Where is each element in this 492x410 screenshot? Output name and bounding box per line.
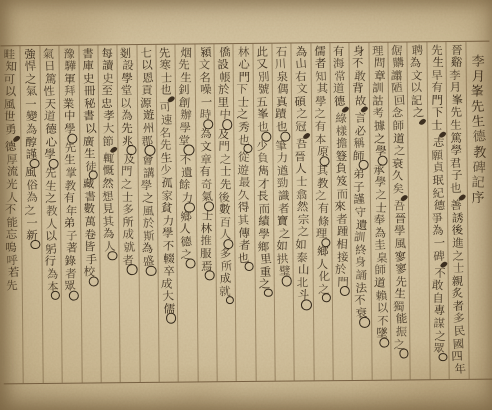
pause-dot-mark [419, 118, 427, 126]
calligraphy-character: 寥 [392, 262, 410, 275]
calligraphy-character: 新 [23, 229, 42, 242]
calligraphy-character: 為 [43, 268, 61, 281]
calligraphy-character: 眾 [429, 342, 448, 356]
calligraphy-character: 碑 [467, 160, 490, 175]
text-column-8: 儒者知其學之有本原其教之有條理鄉人化之 [310, 43, 333, 380]
calligraphy-character: 也 [234, 251, 253, 265]
calligraphy-character: 故 [352, 94, 371, 107]
calligraphy-character: 萬 [80, 215, 99, 228]
text-column-17: 七以恩貢源遊州郡會講學之風於斯為盛 [136, 44, 159, 381]
calligraphy-character: 德 [41, 123, 60, 136]
calligraphy-character: 謹 [23, 148, 42, 161]
calligraphy-character: 弟 [350, 168, 368, 181]
text-column-15: 烟先生釗創辦學堂不遺餘力鄉人德之 [175, 44, 198, 381]
calligraphy-character: 庫 [79, 60, 97, 73]
text-column-24: 畦知可以風世勇德厚流光人不能忘嗚呼若先 [1, 46, 24, 383]
calligraphy-character: 風 [391, 237, 409, 250]
calligraphy-character: 堂 [175, 133, 194, 147]
calligraphy-character: 之 [177, 248, 196, 262]
calligraphy-character: 序 [466, 190, 490, 207]
calligraphy-character: 郡 [137, 134, 156, 148]
text-column-22: 氣日篤性天道德心學先生之教人以躬行為本 [39, 45, 62, 382]
calligraphy-character: 斗 [294, 288, 313, 301]
calligraphy-character: 本 [43, 280, 61, 293]
calligraphy-character: 嗚 [1, 241, 20, 254]
calligraphy-character: 李 [466, 54, 490, 70]
calligraphy-character: 冠 [292, 120, 311, 133]
text-column-4: 倨購譾陋回念師道之衰久矣吾晉學風寥寥先生獨能振之 [388, 42, 411, 379]
calligraphy-character: 吾 [390, 200, 409, 213]
calligraphy-character: 人 [216, 229, 234, 242]
calligraphy-character: 之 [118, 178, 137, 191]
calligraphy-character: 學 [60, 122, 79, 136]
text-column-16: 先寒士也可速名先生少孤家貧力學不輟卒成大儒 [155, 44, 178, 381]
calligraphy-character: 氣 [197, 190, 216, 204]
text-column-18: 剗設學堂以為先兆及門之士多所成就者 [117, 45, 140, 382]
calligraphy-character: 先 [2, 278, 22, 292]
calligraphy-character: 進 [449, 237, 468, 250]
text-column-1: 晉谿李月峯先生篤學君子也善誘後進之士親炙者多民國四年 [446, 41, 469, 378]
calligraphy-character: 文 [196, 140, 215, 154]
calligraphy-character: 笈 [333, 175, 352, 188]
calligraphy-character: 人 [100, 240, 119, 254]
calligraphy-character: 之 [371, 188, 390, 202]
manuscript-sheet: 李月峯先生德教碑記序晉谿李月峯先生篤學君子也善誘後進之士親炙者多民國四年先生早有… [0, 0, 492, 410]
calligraphy-character: 士 [293, 175, 311, 188]
calligraphy-character: 如 [292, 238, 311, 251]
calligraphy-character: 也 [235, 133, 254, 147]
calligraphy-character: 焉 [197, 260, 215, 273]
calligraphy-character: 儒 [160, 302, 178, 315]
calligraphy-character: 盛 [138, 254, 157, 268]
calligraphy-character: 校 [79, 265, 98, 278]
calligraphy-character: 為 [407, 56, 425, 69]
calligraphy-character: 鄉 [313, 245, 332, 258]
calligraphy-character: 中 [216, 108, 235, 122]
calligraphy-character: 記 [466, 175, 490, 192]
calligraphy-character: 衰 [352, 306, 371, 320]
calligraphy-character: 教 [42, 205, 60, 218]
calligraphy-character: 服 [196, 247, 214, 260]
calligraphy-character: 就 [216, 285, 235, 298]
text-column-19: 每讀史至忠孝大節輒慨然想見其為人 [97, 45, 120, 382]
calligraphy-character: 年 [451, 362, 468, 376]
calligraphy-character: 師 [350, 149, 369, 162]
text-column-11: 此又別號五峯也少負雋才長而績學鄉里重之 [252, 43, 275, 380]
calligraphy-character: 矣 [389, 182, 408, 195]
calligraphy-character: 時 [196, 108, 215, 122]
calligraphy-character: 之 [409, 106, 428, 120]
calligraphy-character: 山 [295, 263, 313, 276]
calligraphy-character: 先 [118, 122, 137, 135]
calligraphy-character: 璧 [275, 265, 294, 278]
calligraphy-character: 也 [272, 121, 291, 134]
calligraphy-character: 學 [40, 148, 59, 162]
calligraphy-character: 理 [312, 227, 331, 240]
calligraphy-character: 學 [371, 144, 390, 158]
calligraphy-character: 者 [119, 254, 137, 267]
text-column-5: 理問章訓詁考據之學承學之士奉為圭臬師道賴以不墜 [368, 42, 391, 379]
calligraphy-character: 眾 [61, 279, 80, 293]
text-column-3: 聘為文以記之 [407, 42, 430, 379]
text-column-2: 先生早有門下士志願貞珉紀德爭為一碑不敢自專謀之眾 [426, 42, 449, 379]
text-column-14: 潁文名噪一時為文章有奇氣士林推服焉 [194, 44, 217, 381]
calligraphy-character: 有 [311, 120, 330, 133]
title-column: 李月峯先生德教碑記序 [465, 41, 492, 378]
calligraphy-character: 有 [314, 202, 333, 216]
manuscript-photo: 李月峯先生德教碑記序晉谿李月峯先生篤學君子也善誘後進之士親炙者多民國四年先生早有… [0, 0, 492, 410]
calligraphy-character: 然 [98, 177, 117, 191]
calligraphy-character: 峯 [465, 84, 489, 101]
text-column-13: 僑設帳於里中及門之士先後數百人多所成就 [213, 44, 236, 381]
calligraphy-character: 者 [311, 57, 329, 70]
calligraphy-character: 識 [274, 189, 293, 202]
calligraphy-character: 不 [349, 57, 367, 70]
text-column-12: 林心門下士之秀也從遊最久得其傳者也 [233, 43, 256, 380]
text-column-20: 書庫史冊秘書以廣生徒藏書數萬卷皆手校 [78, 45, 101, 382]
calligraphy-character: 原 [313, 145, 332, 159]
calligraphy-character: 其 [313, 164, 331, 177]
text-column-23: 強悍之氣一變為醇謹風俗為之一新 [20, 45, 43, 382]
calligraphy-character: 月 [466, 69, 489, 85]
text-column-6: 身不敢背故言必稱師弟子謹守遺訓終身誦法不衰 [349, 42, 372, 379]
calligraphy-character: 師 [389, 119, 408, 132]
calligraphy-character: 雋 [254, 165, 272, 178]
text-column-10: 石川泉偶真蹟也筆力遒勁識者寶之如拱璧 [271, 43, 294, 380]
calligraphy-character: 也 [156, 84, 175, 97]
calligraphy-character: 力 [178, 191, 197, 204]
calligraphy-character: 學 [255, 228, 273, 241]
calligraphy-character: 德 [467, 129, 491, 146]
calligraphy-character: 也 [254, 121, 273, 134]
text-column-21: 豫驊軍拜業中學先生掌教有年弟子著錄者眾 [59, 45, 82, 382]
calligraphy-character: 兆 [118, 134, 137, 147]
text-column-7: 有海常道德綠樣擔簦負笈而來者踵相接於門 [329, 43, 352, 380]
calligraphy-character: 教 [467, 145, 491, 161]
calligraphy-character: 不 [159, 239, 178, 252]
calligraphy-character: 生 [447, 119, 466, 132]
calligraphy-character: 門 [334, 275, 352, 288]
calligraphy-character: 也 [447, 182, 466, 195]
text-column-9: 為山右文碩之冠吾晉人士翕然宗之如泰山北斗 [291, 43, 314, 380]
calligraphy-character: 之 [390, 338, 409, 351]
calligraphy-character: 徒 [81, 160, 100, 173]
calligraphy-character: 之 [255, 278, 274, 291]
calligraphy-character: 士 [427, 119, 446, 132]
calligraphy-character: 之 [314, 283, 333, 296]
calligraphy-character: 墜 [372, 327, 390, 340]
